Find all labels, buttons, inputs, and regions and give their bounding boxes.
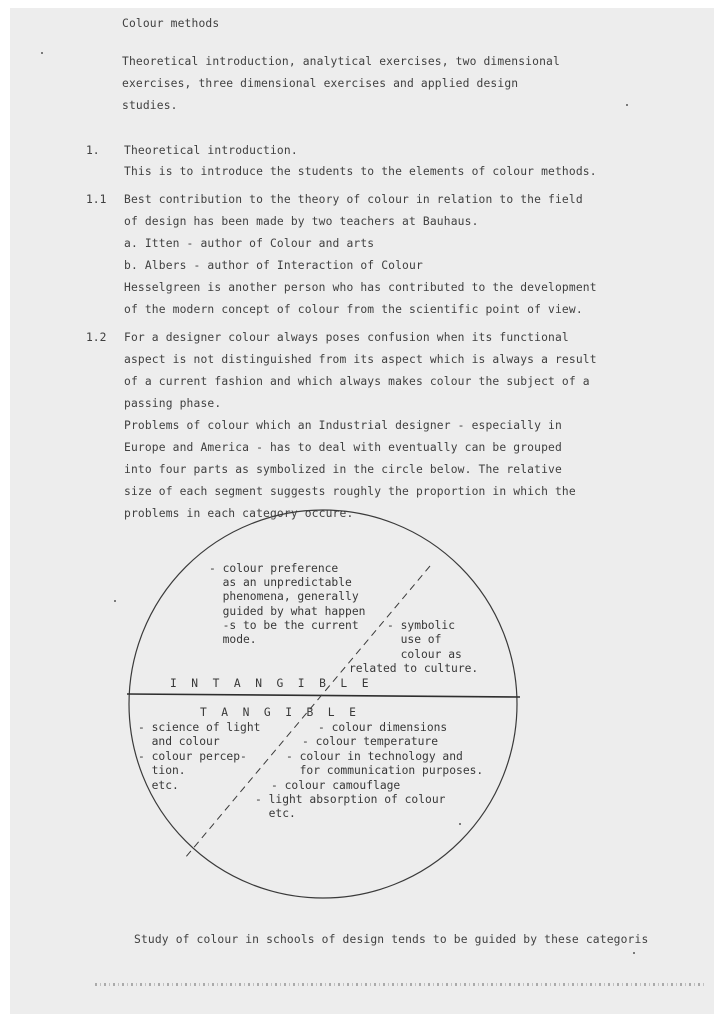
intangible-label: INTANGIBLE xyxy=(170,677,383,692)
scan-speck xyxy=(633,952,635,954)
scan-speck xyxy=(626,104,628,106)
category-circle-diagram xyxy=(0,0,724,1023)
closing-line: Study of colour in schools of design ten… xyxy=(134,933,648,947)
horizontal-divider xyxy=(127,694,520,697)
scan-artifact-line xyxy=(95,983,705,986)
scan-speck xyxy=(41,52,43,54)
tangible-label: TANGIBLE xyxy=(200,706,370,721)
scan-speck xyxy=(459,823,461,825)
scan-speck xyxy=(114,600,116,602)
